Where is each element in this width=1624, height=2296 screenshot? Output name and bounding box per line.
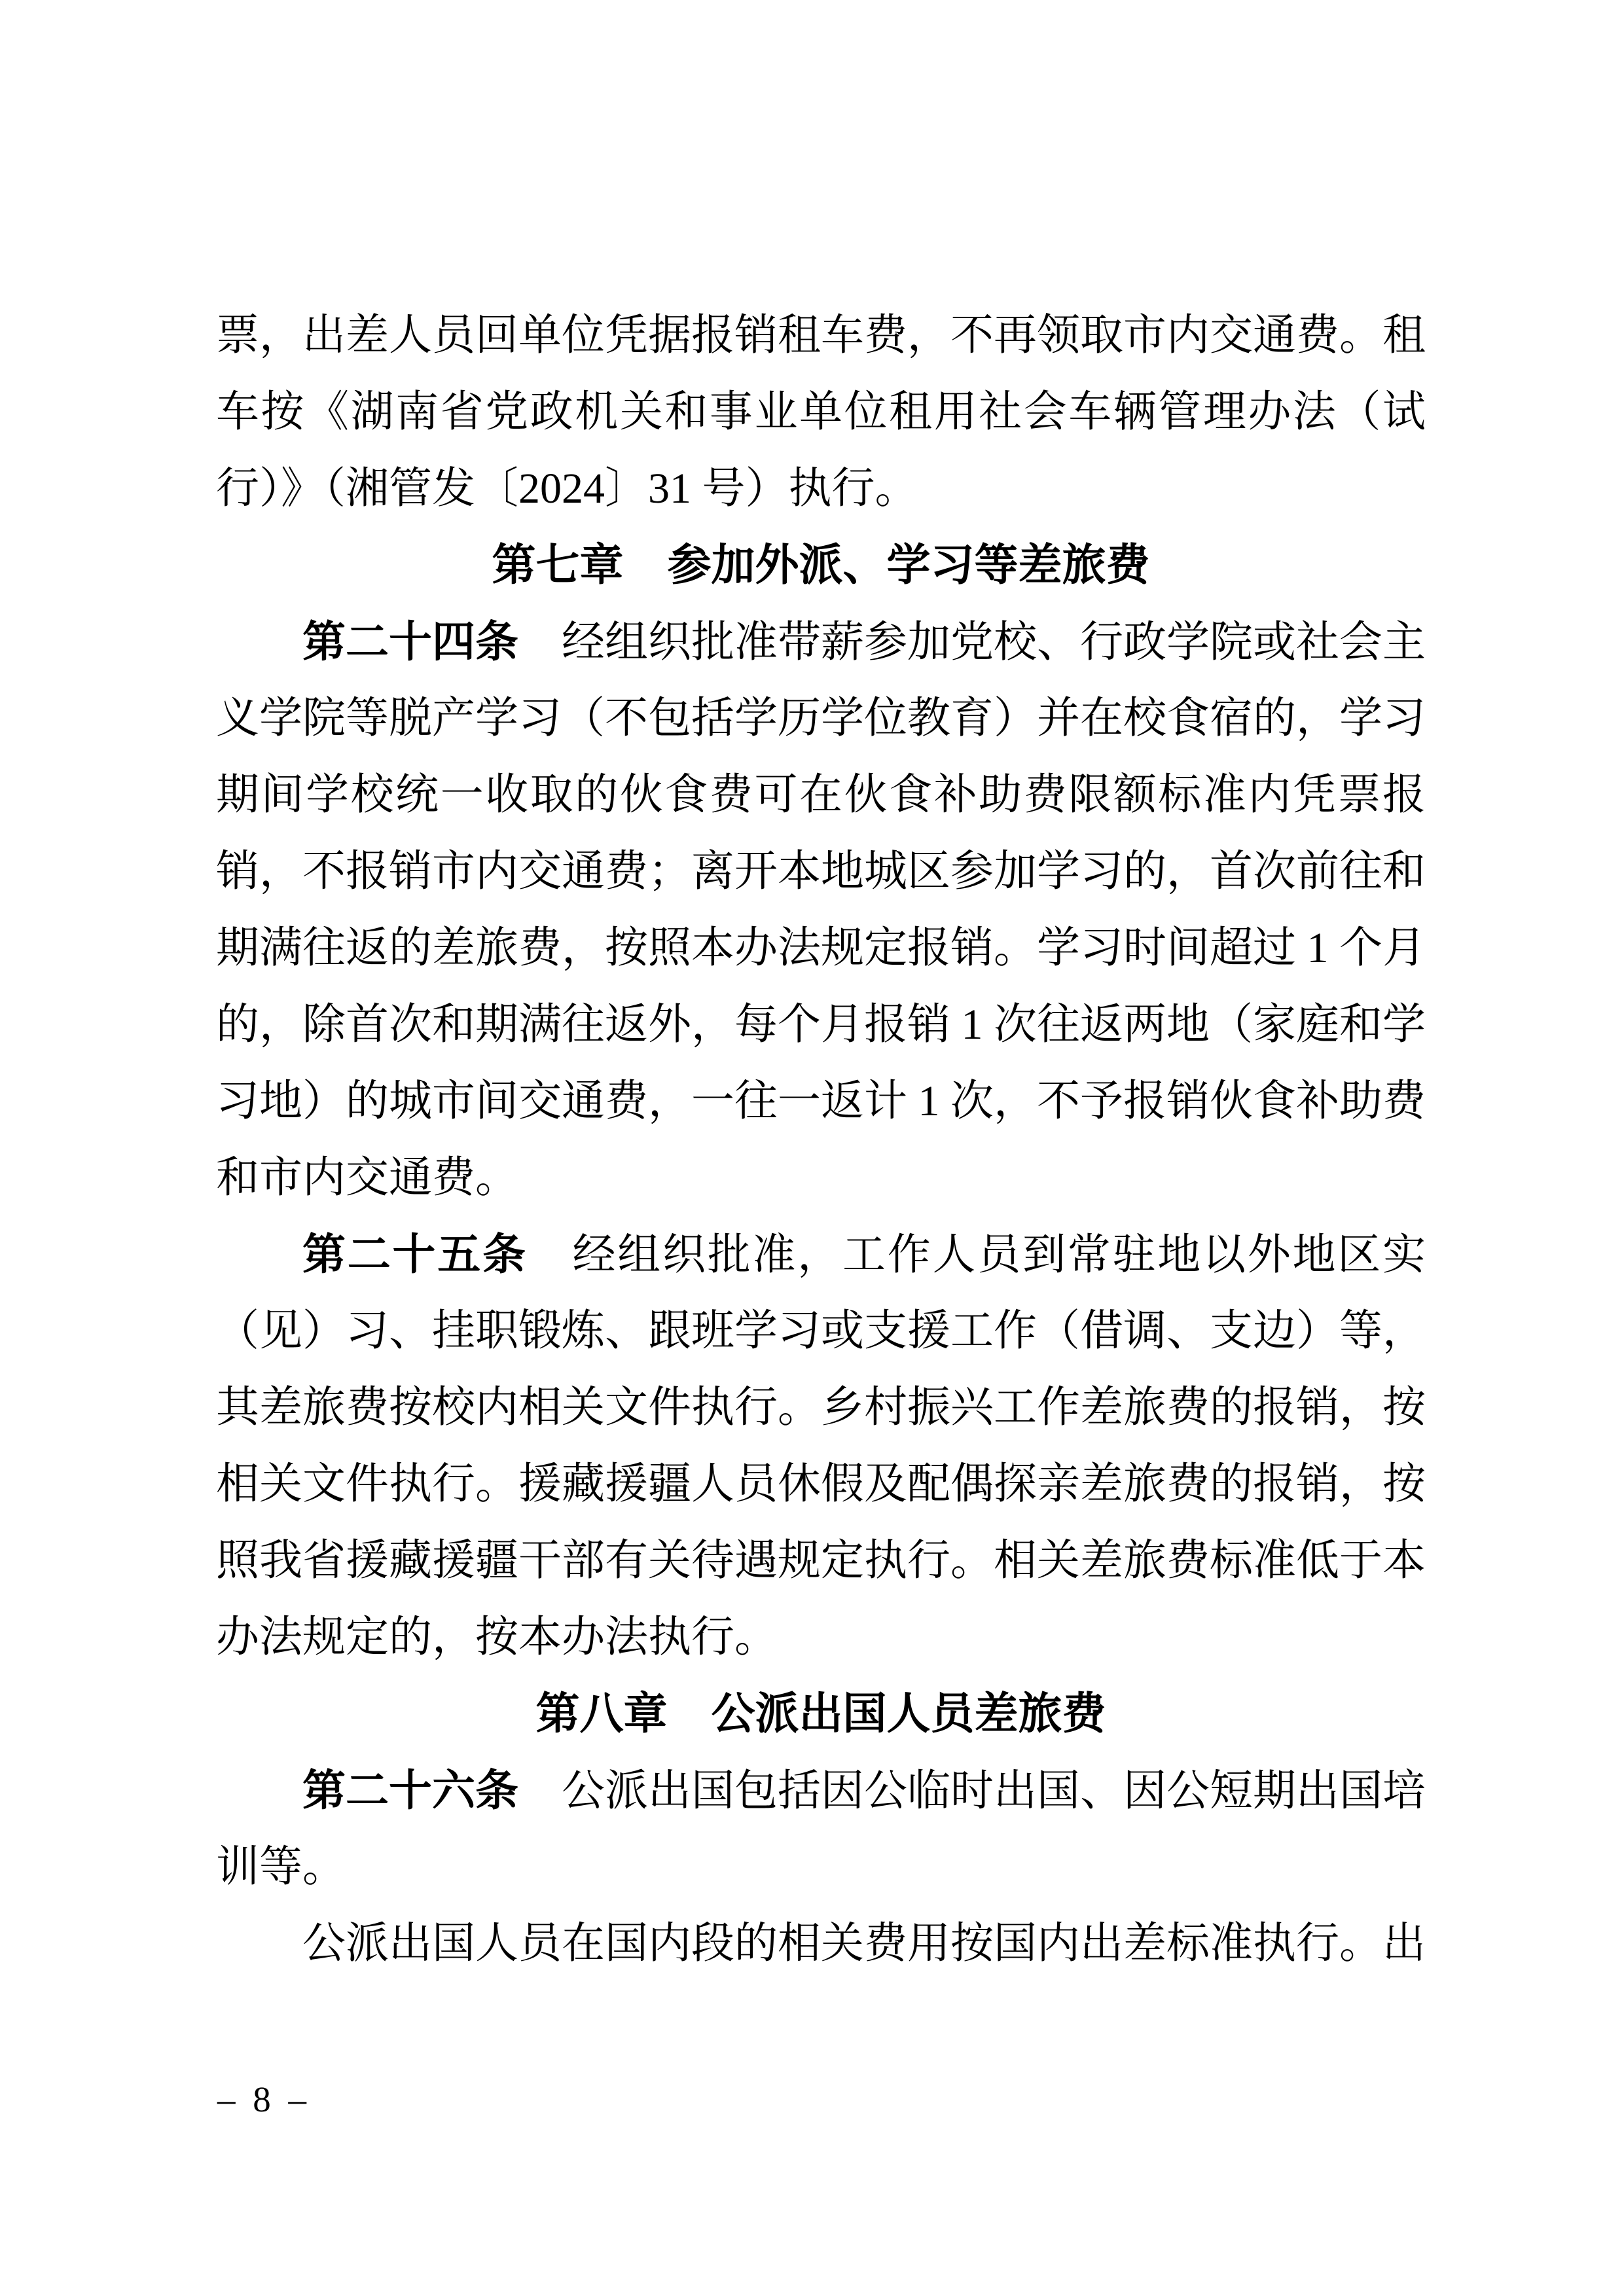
body-line: 行）》（湘管发〔2024〕31 号）执行。 — [216, 450, 1426, 527]
article-text: 公派出国包括因公临时出国、因公短期出国培 — [518, 1767, 1426, 1815]
body-line: 义学院等脱产学习（不包括学历学位教育）并在校食宿的，学习 — [216, 680, 1426, 757]
body-line: 照我省援藏援疆干部有关待遇规定执行。相关差旅费标准低于本 — [216, 1522, 1426, 1599]
page-number: – 8 – — [217, 2073, 306, 2126]
article-text: 经组织批准，工作人员到常驻地以外地区实 — [528, 1231, 1426, 1279]
body-line: （见）习、挂职锻炼、跟班学习或支援工作（借调、支边）等， — [216, 1293, 1426, 1369]
body-line: 相关文件执行。援藏援疆人员休假及配偶探亲差旅费的报销，按 — [216, 1446, 1426, 1522]
chapter-heading: 第七章 参加外派、学习等差旅费 — [216, 527, 1426, 603]
body-line: 的，除首次和期满往返外，每个月报销 1 次往返两地（家庭和学 — [216, 986, 1426, 1063]
article-number: 第二十五条 — [302, 1230, 528, 1278]
article-text: 经组织批准带薪参加党校、行政学院或社会主 — [518, 619, 1426, 666]
body-line: 其差旅费按校内相关文件执行。乡村振兴工作差旅费的报销，按 — [216, 1369, 1426, 1446]
body-line: 训等。 — [216, 1829, 1426, 1905]
article-number: 第二十六条 — [302, 1766, 518, 1814]
body-line: 销，不报销市内交通费；离开本地城区参加学习的，首次前往和 — [216, 833, 1426, 910]
body-line: 和市内交通费。 — [216, 1139, 1426, 1216]
body-line: 期满往返的差旅费，按照本办法规定报销。学习时间超过 1 个月 — [216, 910, 1426, 986]
body-line: 第二十六条 公派出国包括因公临时出国、因公短期出国培 — [216, 1752, 1426, 1829]
body-line: 公派出国人员在国内段的相关费用按国内出差标准执行。出 — [216, 1905, 1426, 1982]
chapter-heading: 第八章 公派出国人员差旅费 — [216, 1676, 1426, 1752]
body-line: 第二十四条 经组织批准带薪参加党校、行政学院或社会主 — [216, 603, 1426, 680]
document-page: 票，出差人员回单位凭据报销租车费，不再领取市内交通费。租 车按《湖南省党政机关和… — [0, 0, 1624, 2296]
body-line: 习地）的城市间交通费，一往一返计 1 次，不予报销伙食补助费 — [216, 1063, 1426, 1139]
body-line: 期间学校统一收取的伙食费可在伙食补助费限额标准内凭票报 — [216, 757, 1426, 833]
document-body: 票，出差人员回单位凭据报销租车费，不再领取市内交通费。租 车按《湖南省党政机关和… — [216, 297, 1426, 1982]
article-number: 第二十四条 — [302, 617, 518, 666]
body-line: 办法规定的，按本办法执行。 — [216, 1599, 1426, 1676]
body-line: 车按《湖南省党政机关和事业单位租用社会车辆管理办法（试 — [216, 374, 1426, 450]
body-line: 票，出差人员回单位凭据报销租车费，不再领取市内交通费。租 — [216, 297, 1426, 374]
body-line: 第二十五条 经组织批准，工作人员到常驻地以外地区实 — [216, 1216, 1426, 1293]
